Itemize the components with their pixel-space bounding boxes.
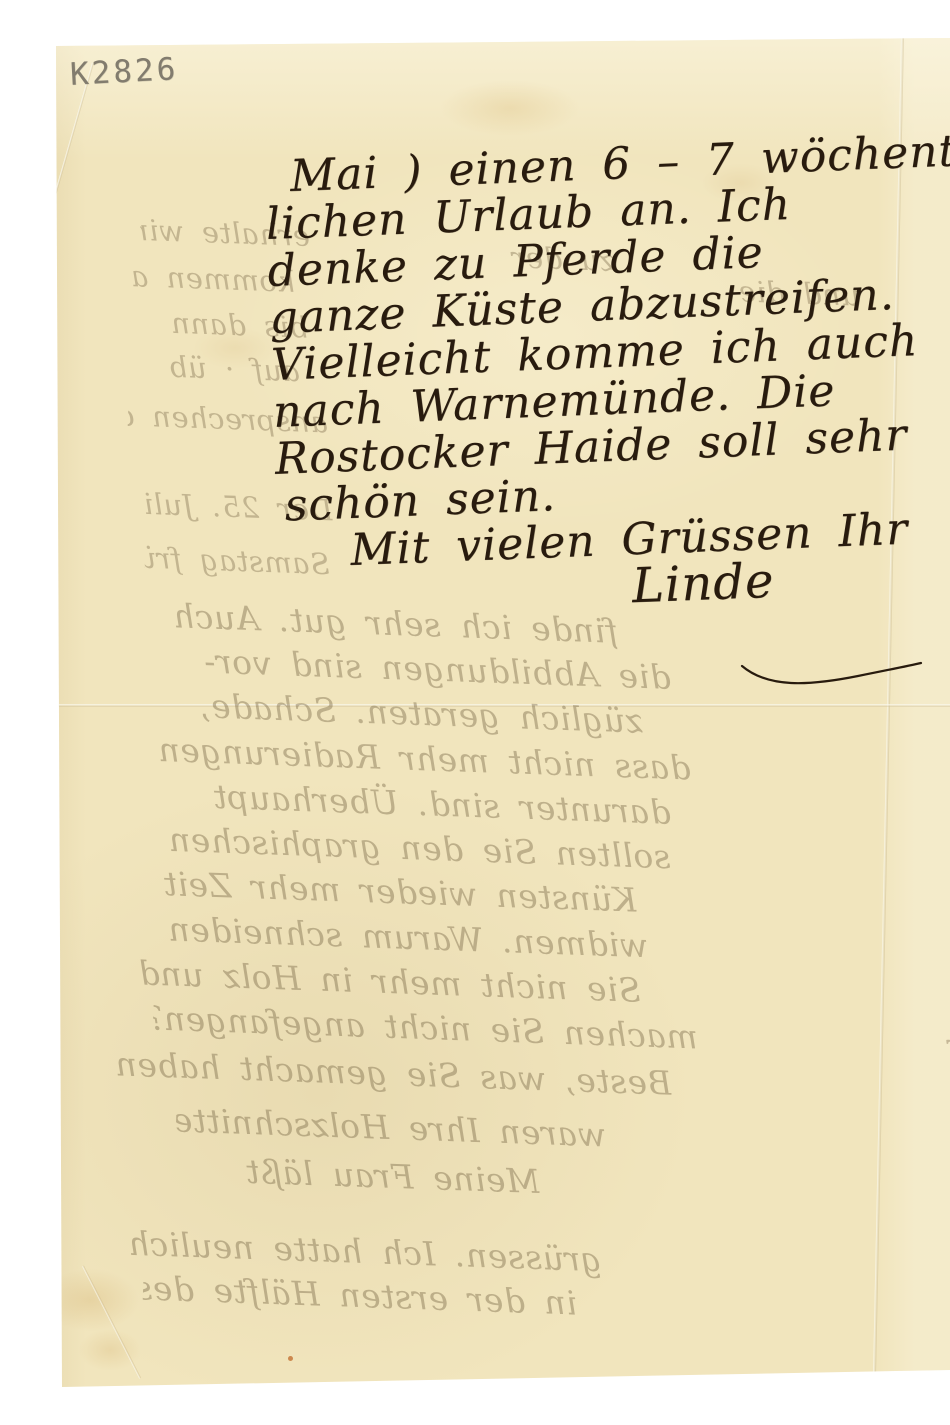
signature: Linde: [631, 553, 901, 610]
letter-scan: K2826 erhalte wir kommen auch bis dann a…: [0, 0, 950, 1425]
bleedthrough-line: Meine Frau läßt: [195, 1150, 540, 1201]
bleedthrough-line: Beste, was Sie gemacht haben: [109, 1044, 672, 1103]
letter-body: Mai ) einen 6 – 7 wöchent- lichen Urlaub…: [263, 130, 901, 623]
bleedthrough-line: in der ersten Hälfte des: [142, 1268, 577, 1322]
top-left-corner-crease: [17, 63, 94, 325]
signature-flourish: [738, 658, 924, 694]
bleedthrough-line: züglich geraten. Schade,: [202, 686, 643, 740]
bottom-left-corner-crease: [82, 1266, 141, 1379]
letter-paper: K2826 erhalte wir kommen auch bis dann a…: [50, 38, 950, 1390]
archive-number: K2826: [69, 51, 179, 93]
bleedthrough-line: waren Ihre Holzschnitte.: [175, 1101, 606, 1155]
paper-speck: [288, 1356, 293, 1361]
bleedthrough-fragment: der: [945, 1028, 950, 1064]
